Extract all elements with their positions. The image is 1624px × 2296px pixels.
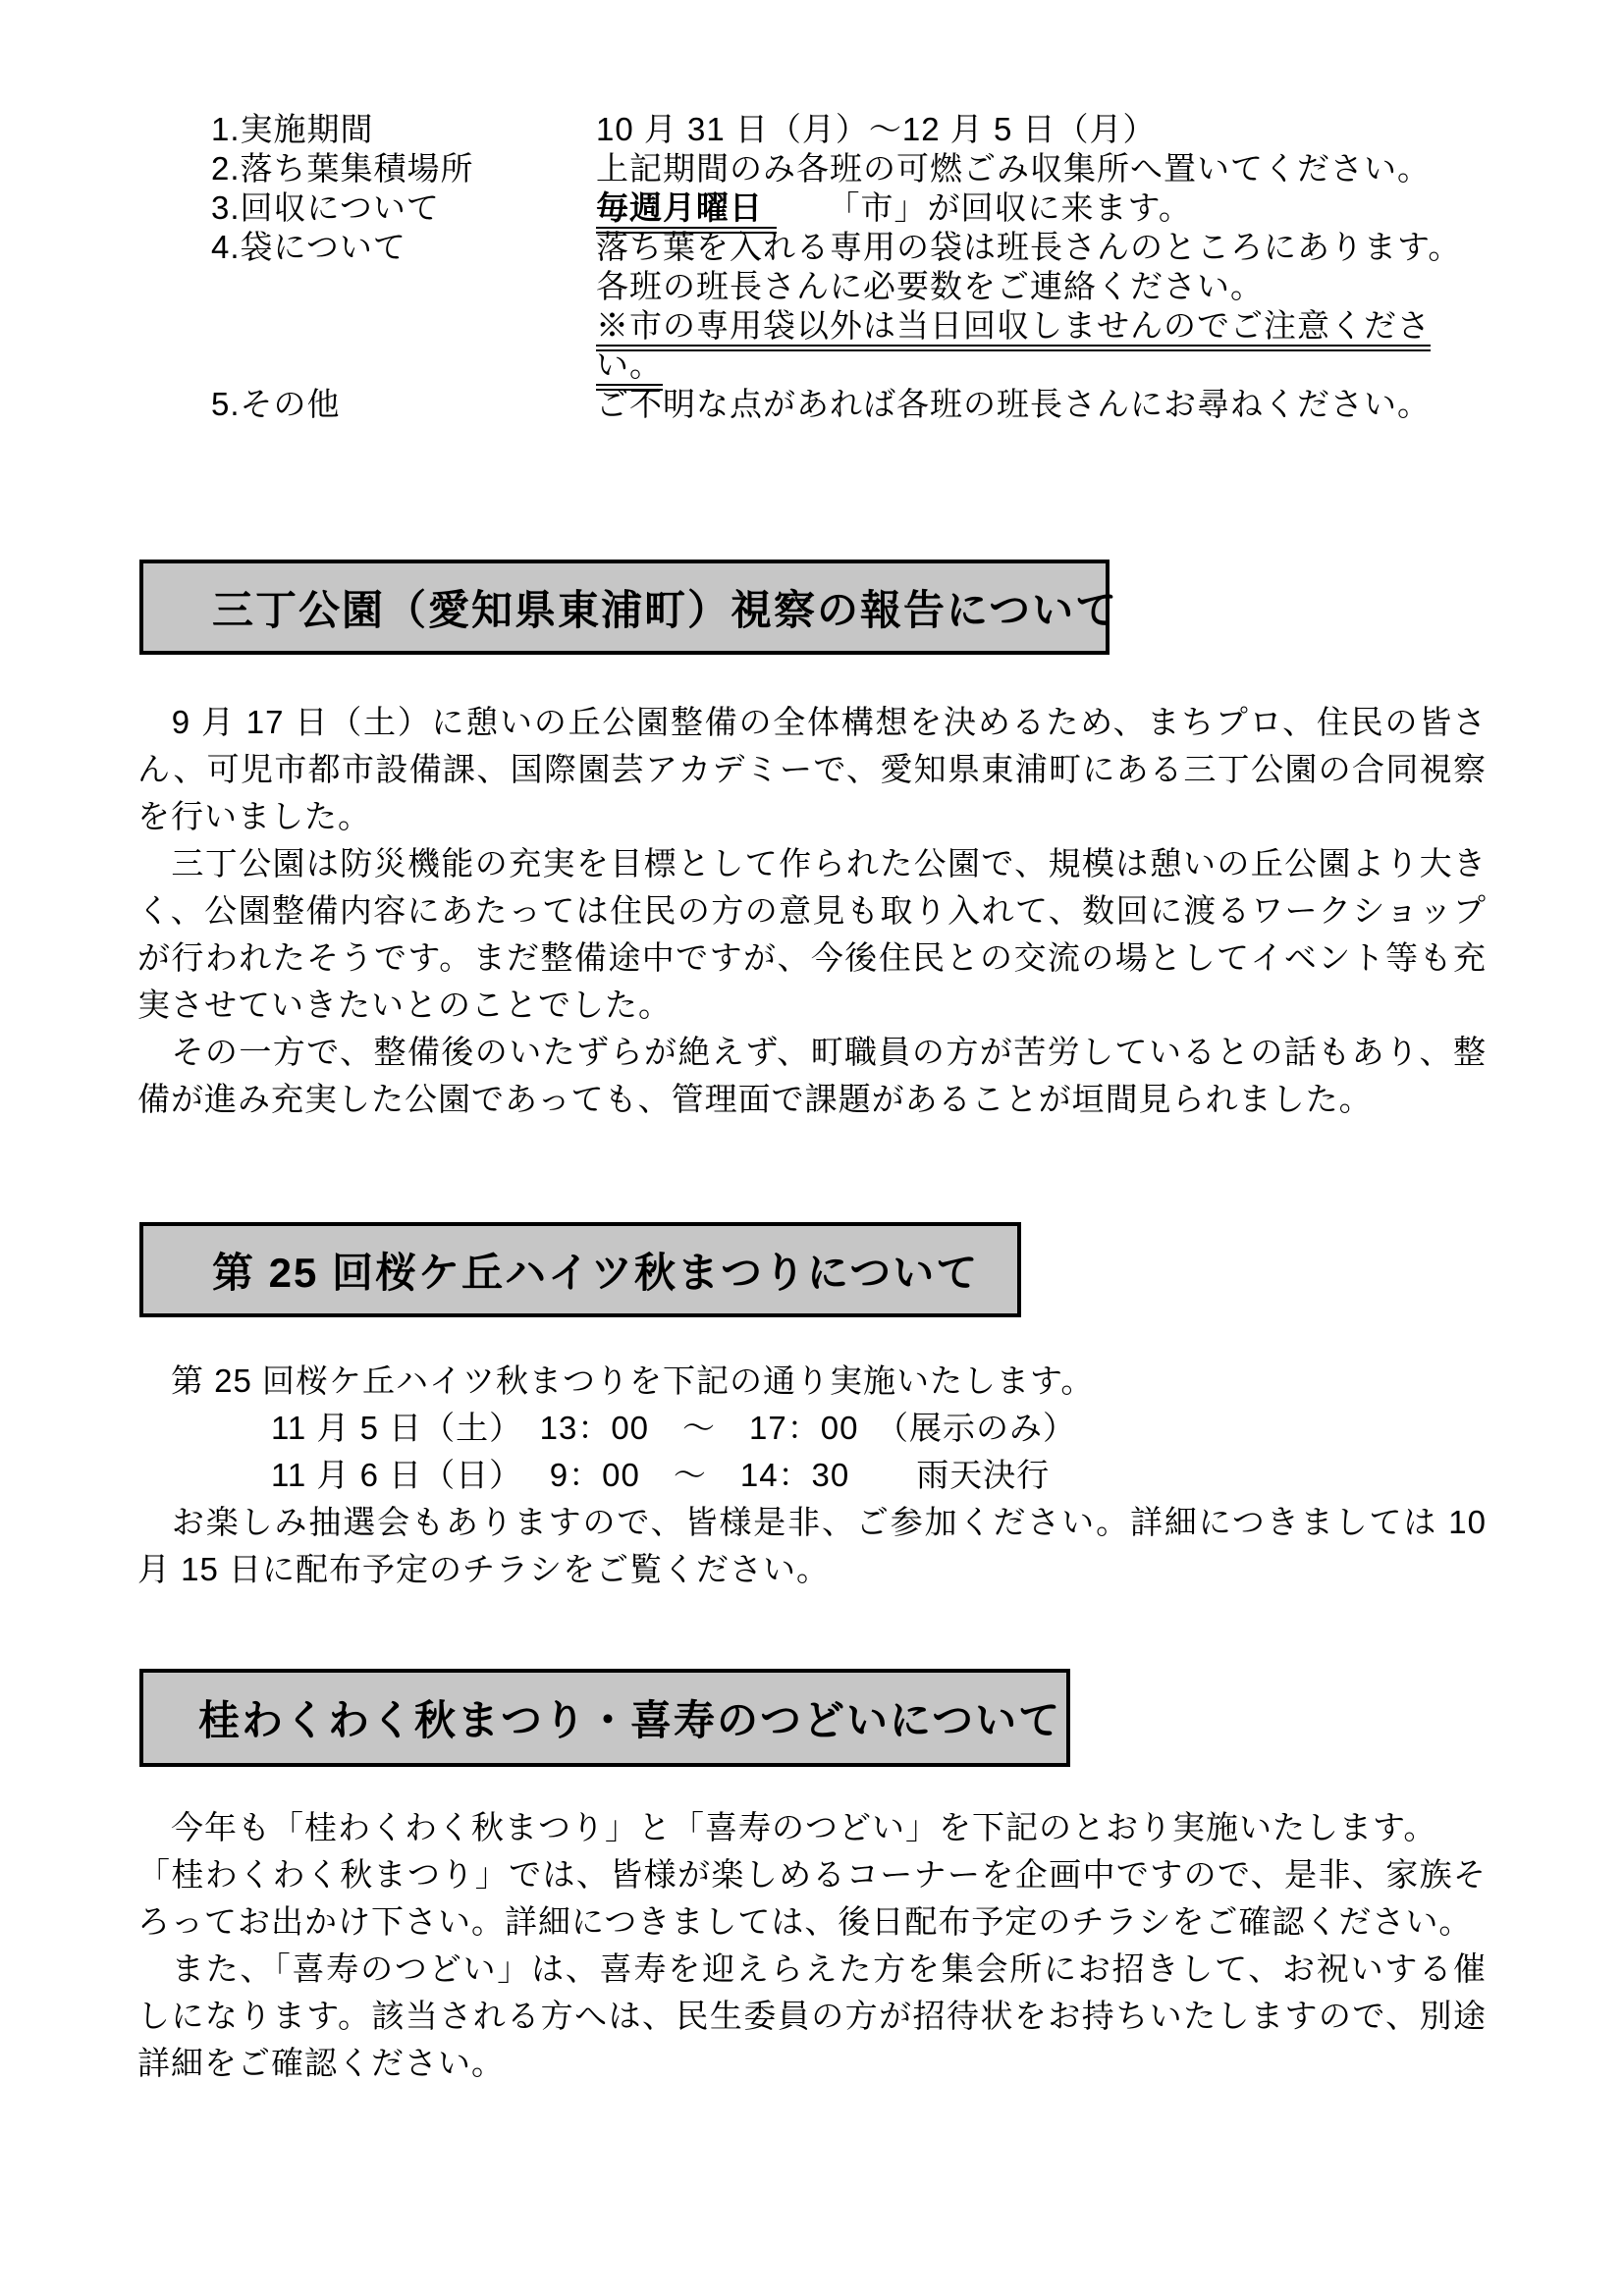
paragraph: 第 25 回桜ケ丘ハイツ秋まつりを下記の通り実施いたします。: [137, 1358, 1487, 1405]
section-body-katsura-kiju: 今年も「桂わくわく秋まつり」と「喜寿のつどい」を下記のとおり実施いたします。 「…: [137, 1804, 1487, 2087]
caution-underlined-text: ※市の専用袋以外は当日回収しませんのでご注意ください。: [596, 307, 1431, 391]
list-item: 1.実施期間 10 月 31 日（月）～12 月 5 日（月）: [211, 110, 1489, 149]
list-item-label: [211, 267, 596, 306]
list-item-value: 10 月 31 日（月）～12 月 5 日（月）: [596, 110, 1489, 149]
list-item: 3.回収について 毎週月曜日 「市」が回収に来ます。: [211, 188, 1489, 228]
list-item-label: 1.実施期間: [211, 110, 596, 149]
section-body-park-inspection: 9 月 17 日（土）に憩いの丘公園整備の全体構想を決めるため、まちプロ、住民の…: [137, 699, 1487, 1123]
list-item: 2.落ち葉集積場所 上記期間のみ各班の可燃ごみ収集所へ置いてください。: [211, 149, 1489, 188]
paragraph: 三丁公園は防災機能の充実を目標として作られた公園で、規模は憩いの丘公園より大きく…: [137, 840, 1487, 1029]
paragraph: お楽しみ抽選会もありますので、皆様是非、ご参加ください。詳細につきましては 10…: [137, 1499, 1487, 1593]
list-item-label: 5.その他: [211, 385, 596, 424]
section-heading-text: 三丁公園（愛知県東浦町）視察の報告について: [212, 578, 1118, 637]
list-item-value: 各班の班長さんに必要数をご連絡ください。: [596, 267, 1489, 306]
section-heading-katsura-kiju: 桂わくわく秋まつり・喜寿のつどいについて: [139, 1669, 1070, 1767]
list-item: 5.その他 ご不明な点があれば各班の班長さんにお尋ねください。: [211, 385, 1489, 424]
list-item-value: ご不明な点があれば各班の班長さんにお尋ねください。: [596, 385, 1489, 424]
section-heading-autumn-festival: 第 25 回桜ケ丘ハイツ秋まつりについて: [139, 1222, 1021, 1317]
list-item-label: 4.袋について: [211, 228, 596, 267]
paragraph: 9 月 17 日（土）に憩いの丘公園整備の全体構想を決めるため、まちプロ、住民の…: [137, 699, 1487, 840]
section-heading-text: 桂わくわく秋まつり・喜寿のつどいについて: [198, 1688, 1061, 1747]
list-item-value: 上記期間のみ各班の可燃ごみ収集所へ置いてください。: [596, 149, 1489, 188]
paragraph: 今年も「桂わくわく秋まつり」と「喜寿のつどい」を下記のとおり実施いたします。: [137, 1804, 1487, 1851]
section-heading-park-inspection: 三丁公園（愛知県東浦町）視察の報告について: [139, 560, 1110, 655]
list-item-value: ※市の専用袋以外は当日回収しませんのでご注意ください。: [596, 306, 1489, 385]
section-body-autumn-festival: 第 25 回桜ケ丘ハイツ秋まつりを下記の通り実施いたします。 11 月 5 日（…: [137, 1358, 1487, 1593]
list-item-value: 毎週月曜日 「市」が回収に来ます。: [596, 188, 1489, 228]
leaf-collection-notice-list: 1.実施期間 10 月 31 日（月）～12 月 5 日（月） 2.落ち葉集積場…: [211, 110, 1489, 424]
list-item: 4.袋について 落ち葉を入れる専用の袋は班長さんのところにあります。: [211, 228, 1489, 267]
festival-schedule-lines: 11 月 5 日（土） 13：00 ～ 17：00 （展示のみ） 11 月 6 …: [137, 1405, 1487, 1499]
newsletter-page: 1.実施期間 10 月 31 日（月）～12 月 5 日（月） 2.落ち葉集積場…: [0, 0, 1624, 2296]
list-item-label: [211, 306, 596, 385]
list-item: ※市の専用袋以外は当日回収しませんのでご注意ください。: [211, 306, 1489, 385]
list-item-value: 落ち葉を入れる専用の袋は班長さんのところにあります。: [596, 228, 1489, 267]
section-heading-text: 第 25 回桜ケ丘ハイツ秋まつりについて: [212, 1241, 979, 1300]
paragraph: また、「喜寿のつどい」は、喜寿を迎えらえた方を集会所にお招きして、お祝いする催し…: [137, 1946, 1487, 2087]
list-item: 各班の班長さんに必要数をご連絡ください。: [211, 267, 1489, 306]
list-item-value-rest: 「市」が回収に来ます。: [777, 189, 1192, 226]
paragraph: 「桂わくわく秋まつり」では、皆様が楽しめるコーナーを企画中ですので、是非、家族そ…: [137, 1851, 1487, 1946]
list-item-label: 2.落ち葉集積場所: [211, 149, 596, 188]
list-item-label: 3.回収について: [211, 188, 596, 228]
paragraph: その一方で、整備後のいたずらが絶えず、町職員の方が苦労しているとの話もあり、整備…: [137, 1029, 1487, 1123]
